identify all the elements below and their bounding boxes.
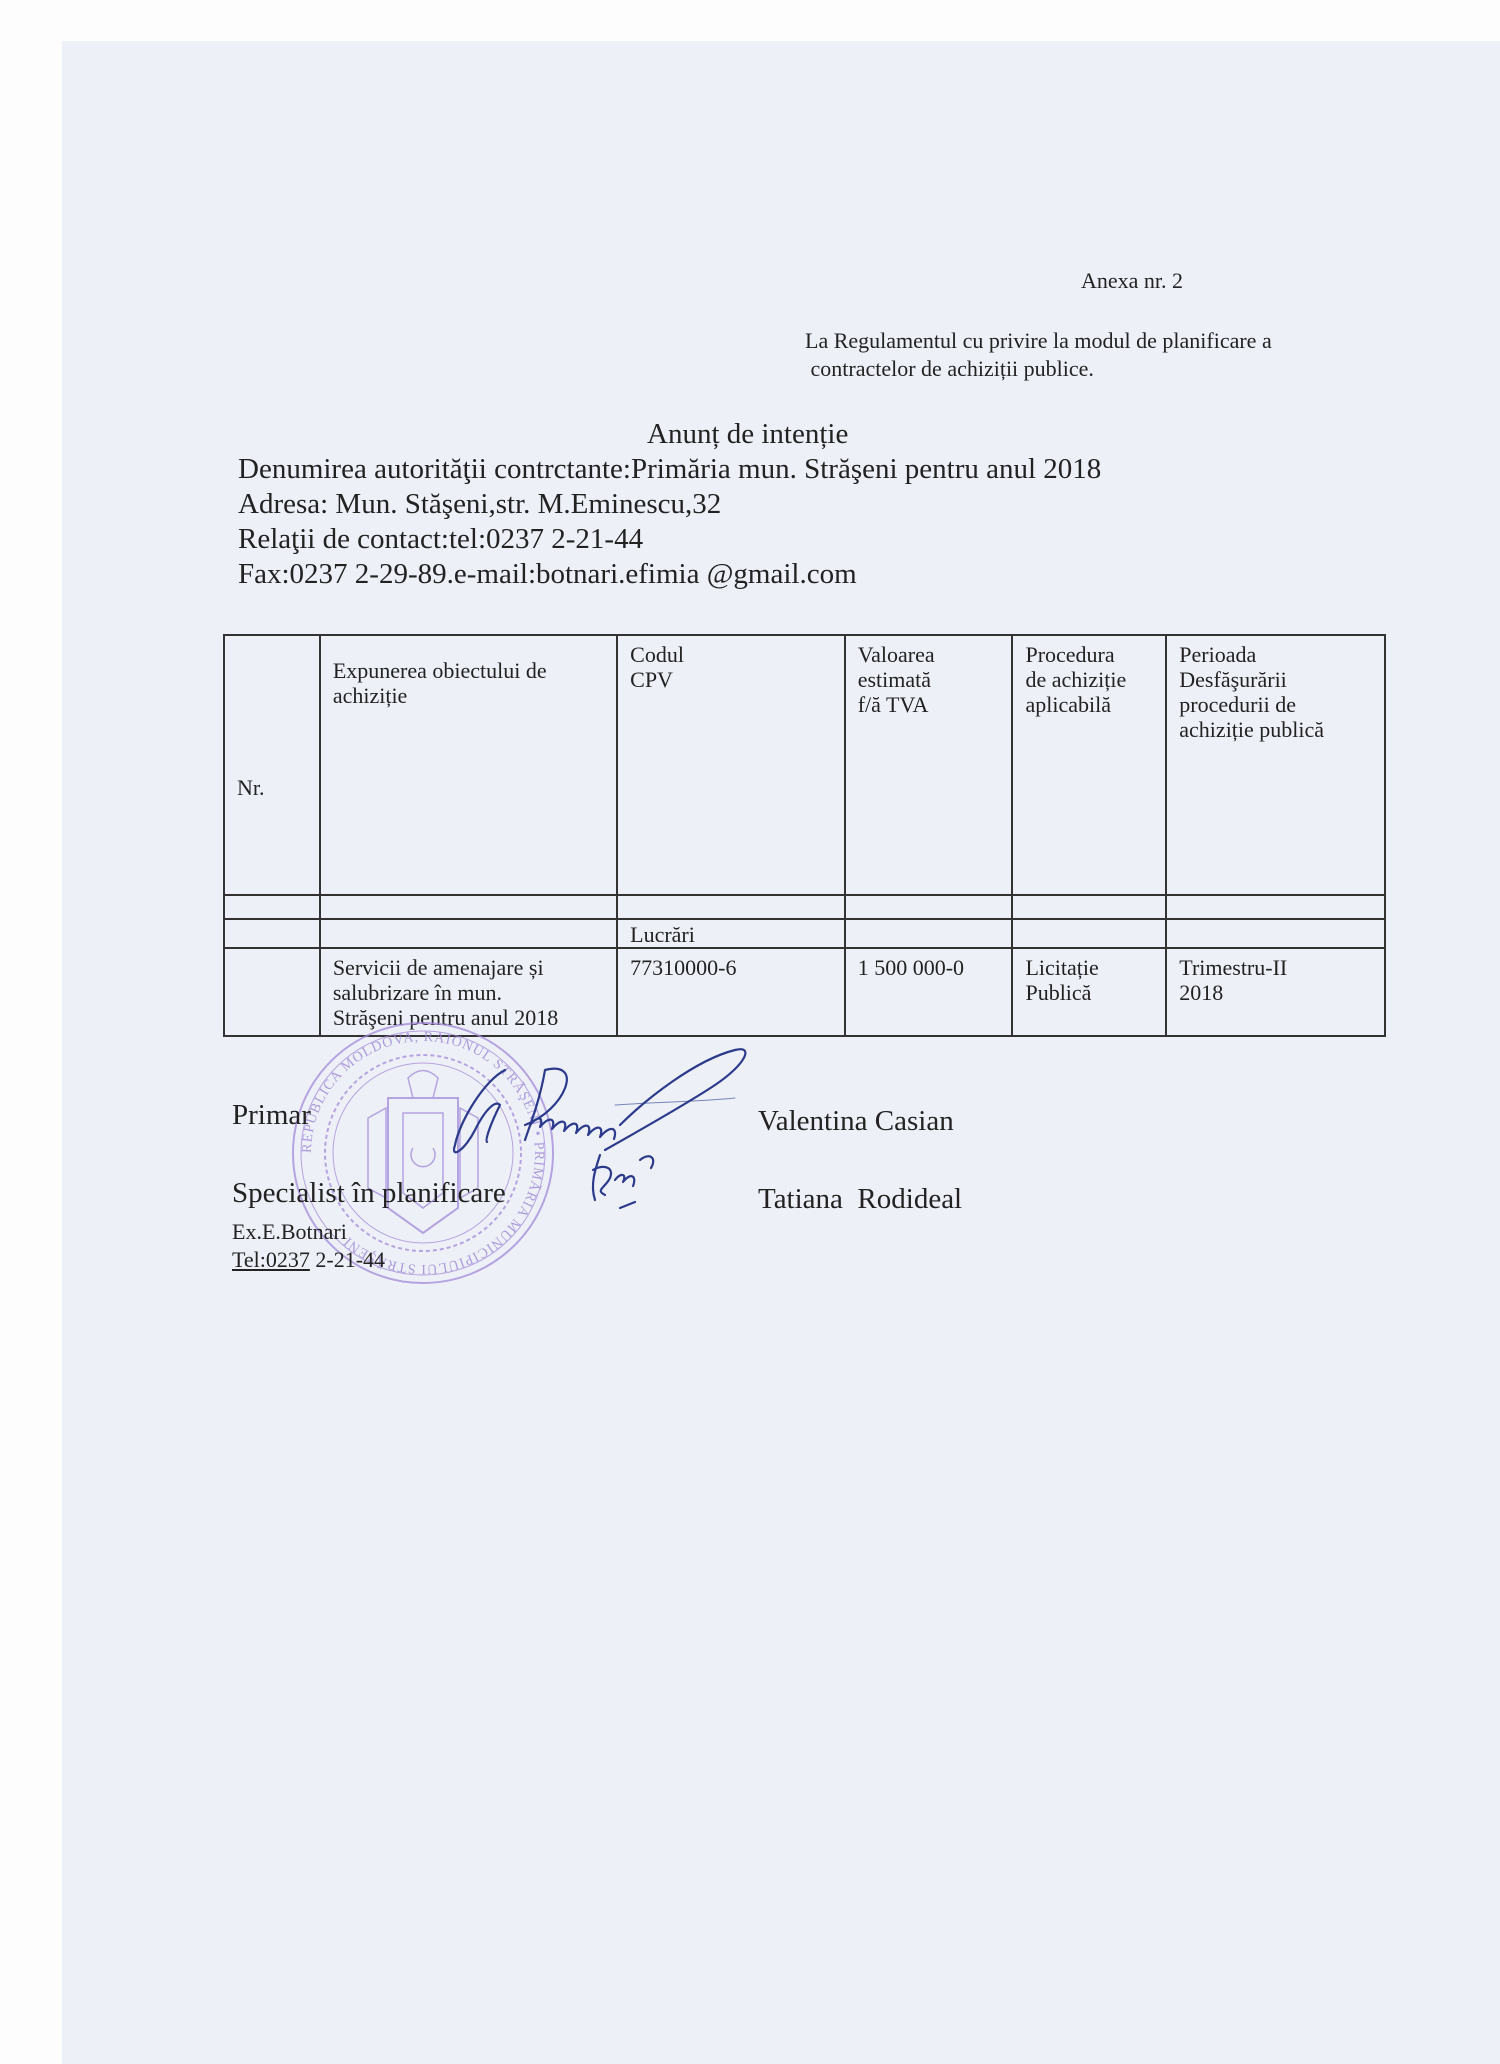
header-line: Perioada [1179,642,1376,667]
header-cpv: Codul CPV [617,635,845,895]
phone-number: 2-21-44 [310,1247,385,1272]
cell-period: Trimestru-II 2018 [1166,948,1385,1036]
cell-line: salubrizare în mun. [333,980,608,1005]
table-cell [1012,919,1166,948]
cell-line: Licitație [1025,955,1157,980]
table-cell [320,895,617,919]
annex-reference-line: La Regulamentul cu privire la modul de p… [805,327,1272,355]
header-line: achiziție [333,683,608,708]
executor-name: Ex.E.Botnari [232,1219,347,1245]
cell-value: 1 500 000-0 [845,948,1013,1036]
table-cell [320,919,617,948]
header-line: Codul [630,642,836,667]
header-procedure: Procedura de achiziție aplicabilă [1012,635,1166,895]
cell-line: 2018 [1179,980,1376,1005]
header-line: Procedura [1025,642,1157,667]
category-label: Lucrări [617,919,845,948]
authority-info: Denumirea autorităţii contrctante:Primăr… [238,452,1101,592]
table-row-category: Lucrări [224,919,1385,948]
cell-line: Străşeni pentru anul 2018 [333,1005,608,1030]
table-cell [224,919,320,948]
document-title: Anunț de intenție [647,418,848,451]
annex-reference: La Regulamentul cu privire la modul de p… [805,327,1272,383]
cell-cpv: 77310000-6 [617,948,845,1036]
header-line: de achiziție [1025,667,1157,692]
table-row-empty [224,895,1385,919]
cell-object: Servicii de amenajare și salubrizare în … [320,948,617,1036]
header-line: achiziție publică [1179,717,1376,742]
executor-phone: Tel:0237 2-21-44 [232,1247,385,1273]
cell-line: Servicii de amenajare și [333,955,608,980]
table-cell [224,895,320,919]
annex-title: Anexa nr. 2 [1081,268,1183,294]
table-cell [1012,895,1166,919]
cell-line: Trimestru-II [1179,955,1376,980]
cell-procedure: Licitație Publică [1012,948,1166,1036]
authority-contact: Relaţii de contact:tel:0237 2-21-44 [238,522,1101,557]
table-row: Servicii de amenajare și salubrizare în … [224,948,1385,1036]
authority-name: Denumirea autorităţii contrctante:Primăr… [238,452,1101,487]
annex-reference-line: contractelor de achiziții publice. [805,355,1272,383]
header-line: estimată [858,667,1004,692]
header-line: Expunerea obiectului de [333,658,608,683]
header-line: f/ă TVA [858,692,1004,717]
header-line: Desfăşurării [1179,667,1376,692]
table-cell [845,919,1013,948]
primar-name: Valentina Casian [758,1105,954,1138]
table-cell [1166,895,1385,919]
specialist-name: Tatiana Rodideal [758,1183,962,1216]
header-nr: Nr. [224,635,320,895]
procurement-table: Nr. Expunerea obiectului de achiziție Co… [223,634,1386,1037]
scanned-page [62,41,1500,2064]
header-line: procedurii de [1179,692,1376,717]
table-cell [845,895,1013,919]
authority-address: Adresa: Mun. Stăşeni,str. M.Eminescu,32 [238,487,1101,522]
header-period: Perioada Desfăşurării procedurii de achi… [1166,635,1385,895]
header-line: CPV [630,667,836,692]
table-cell [617,895,845,919]
header-object: Expunerea obiectului de achiziție [320,635,617,895]
header-value: Valoarea estimată f/ă TVA [845,635,1013,895]
cell-line: Publică [1025,980,1157,1005]
phone-prefix: Tel:0237 [232,1247,310,1272]
header-line: Valoarea [858,642,1004,667]
authority-fax-email: Fax:0237 2-29-89.e-mail:botnari.efimia @… [238,557,1101,592]
specialist-label: Specialist în planificare [232,1177,506,1210]
table-header-row: Nr. Expunerea obiectului de achiziție Co… [224,635,1385,895]
primar-label: Primar [232,1099,311,1132]
header-line: aplicabilă [1025,692,1157,717]
table-cell [1166,919,1385,948]
cell-nr [224,948,320,1036]
